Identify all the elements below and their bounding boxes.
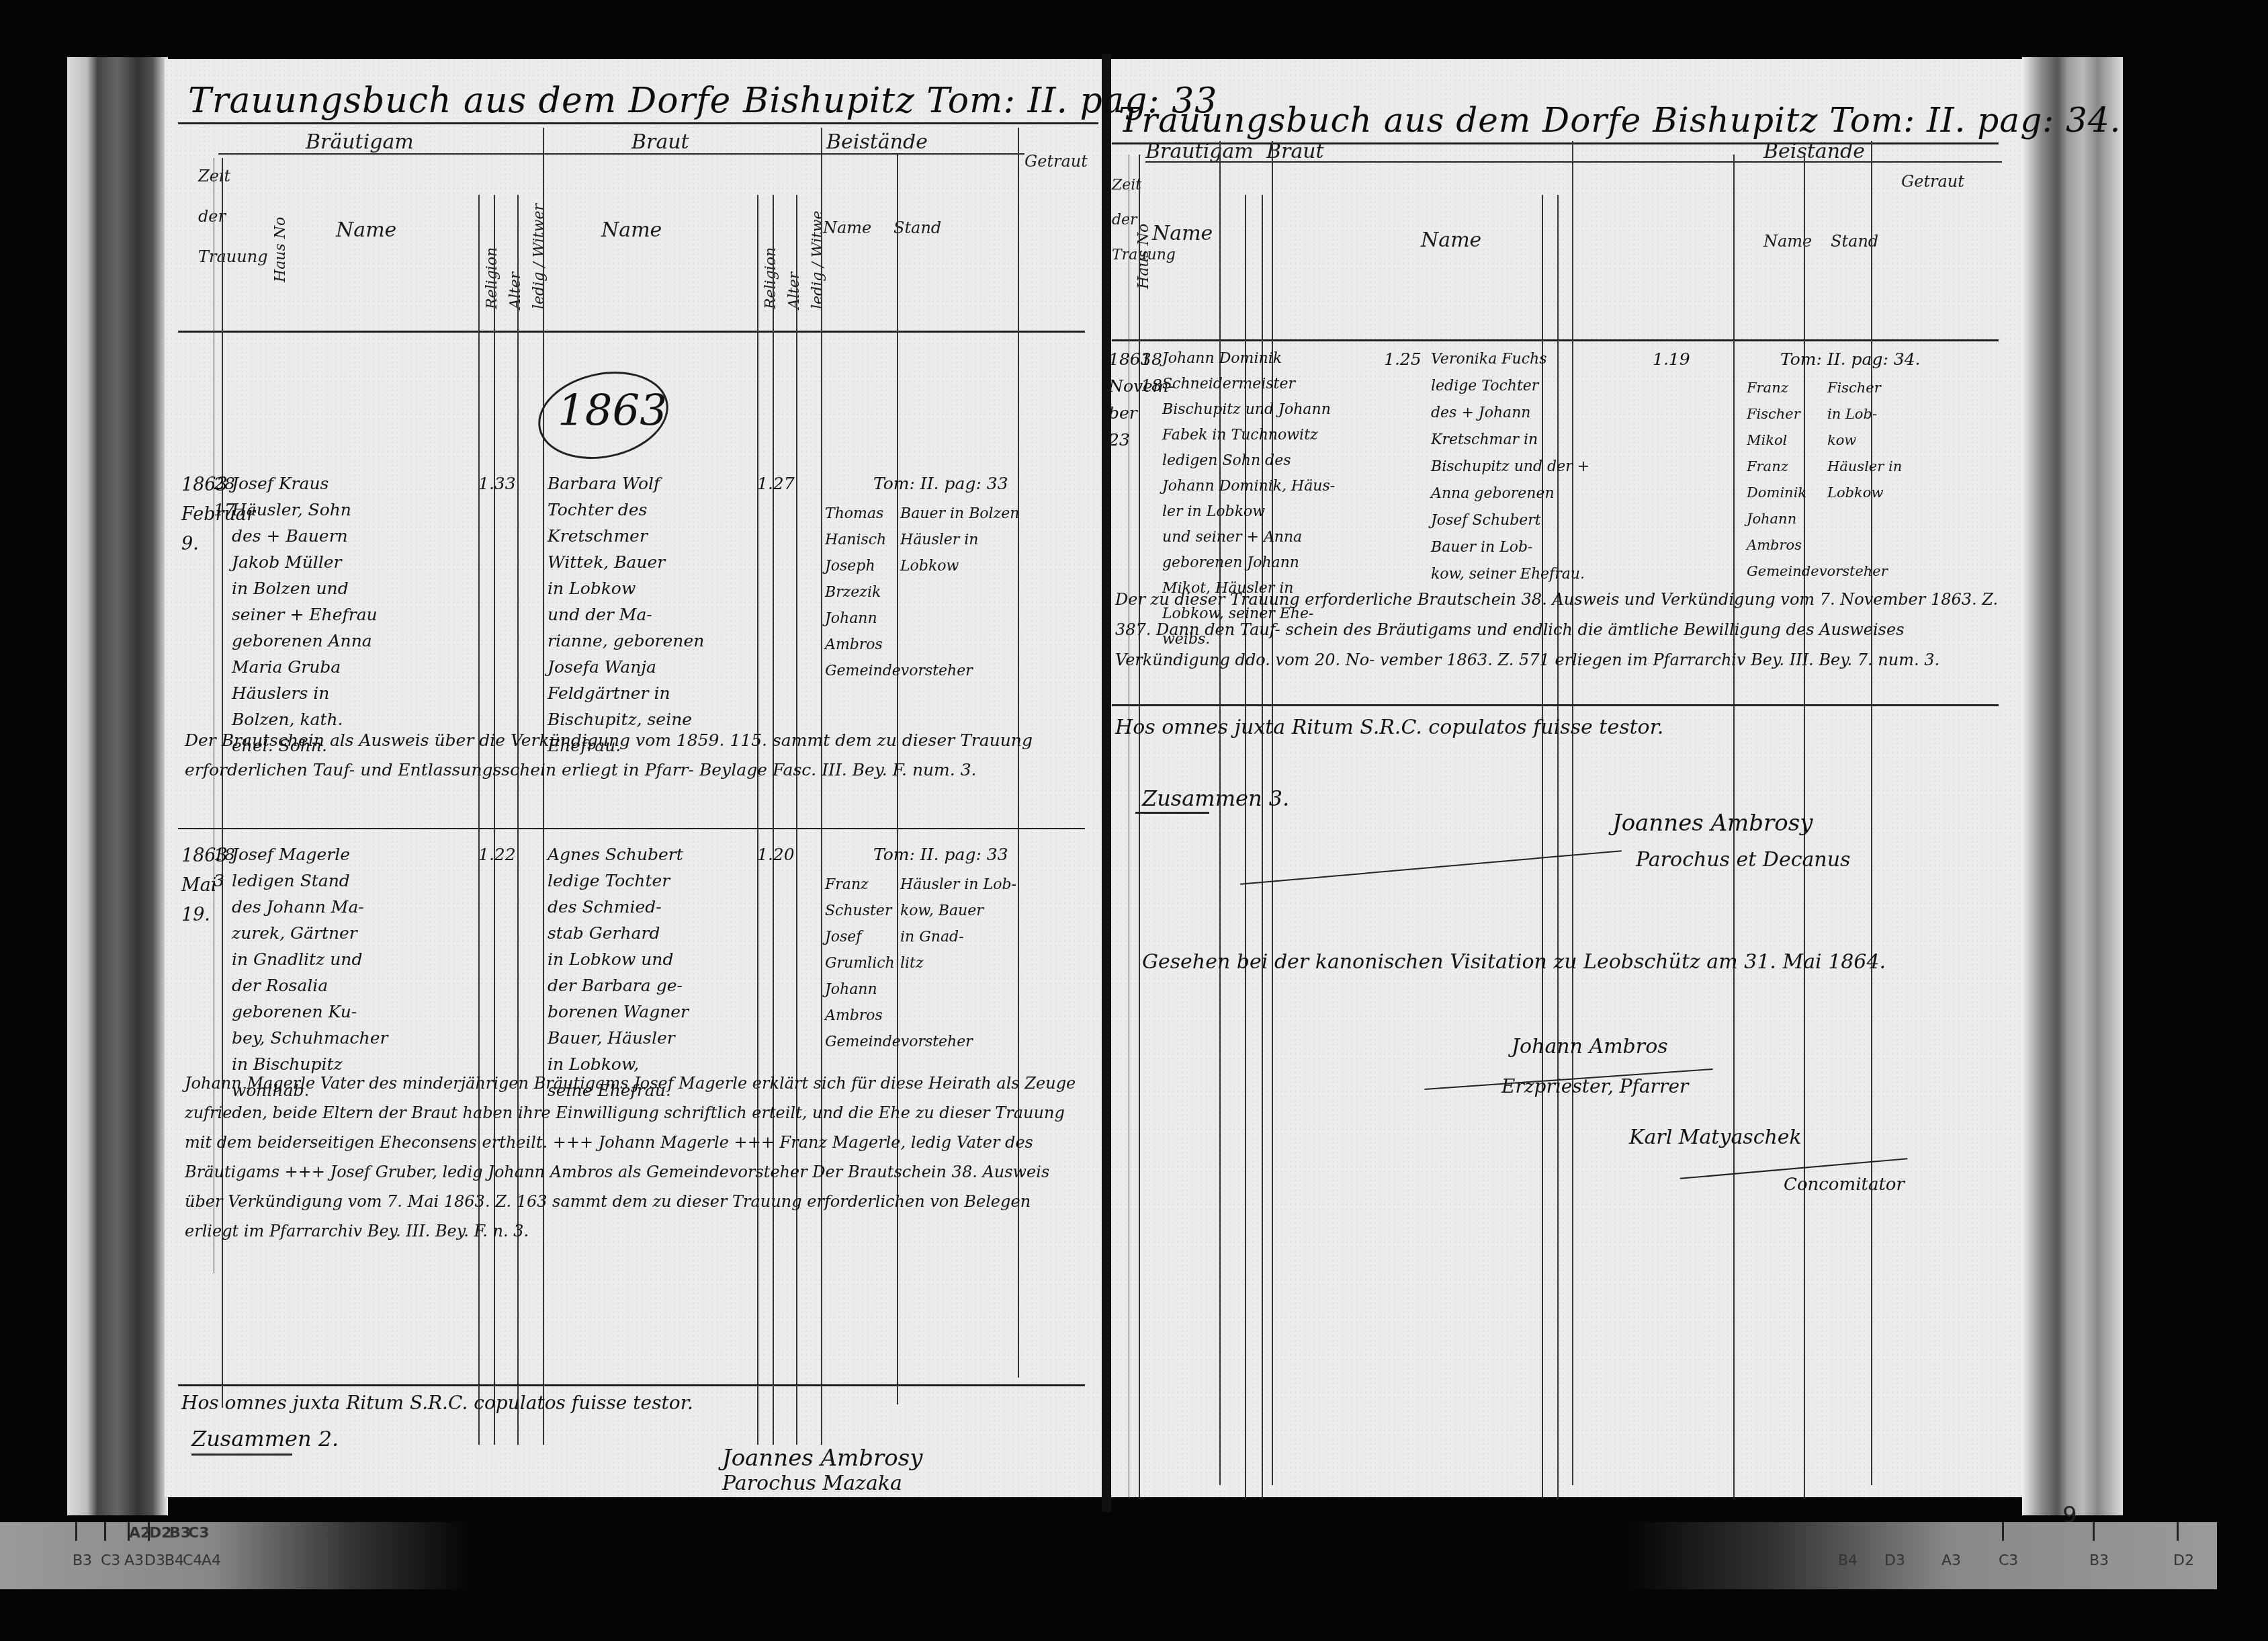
header-bottom-rule xyxy=(178,331,1085,333)
entry-witness-status: Häusler in Lob- kow, Bauer in Gnad- litz xyxy=(900,872,1021,976)
entry-tom-ref: Tom: II. pag: 34. xyxy=(1780,346,1955,372)
entry-bride-age: 1.20 xyxy=(757,841,818,868)
entry-witness-status: Bauer in Bolzen Häusler in Lobkow xyxy=(900,501,1021,579)
entry-witnesses: Thomas Hanisch Joseph Brzezik Johann Amb… xyxy=(825,501,899,684)
ruler-label: D3 xyxy=(1884,1552,1905,1569)
closing-rule xyxy=(1112,704,1999,706)
header-priest: Getraut xyxy=(1024,144,1065,178)
year-heading: 1863 xyxy=(558,386,667,436)
entry-house-no: 18 3 xyxy=(214,841,234,894)
header-subrule xyxy=(1145,161,2002,163)
header-house-no: Haus No xyxy=(1135,175,1152,289)
entry-groom-age: 1.22 xyxy=(478,841,539,868)
summary-count: Zusammen 2. xyxy=(191,1423,339,1454)
book-gutter xyxy=(1102,54,1111,1512)
signature-title: Parochus Mazaka xyxy=(722,1472,902,1495)
column-line xyxy=(543,128,544,1445)
entry-witnesses: Franz Schuster Josef Grumlich Johann Amb… xyxy=(825,872,899,1055)
header-date: Zeit der Trauung xyxy=(198,156,259,277)
ruler-tick xyxy=(2093,1522,2095,1541)
entry-separator xyxy=(178,828,1085,829)
ruler-label: B4 xyxy=(1838,1552,1858,1569)
ruler-label: D2 xyxy=(2173,1552,2194,1569)
entry-bride-age: 1.19 xyxy=(1653,346,1693,372)
entry-groom-age: 1.25 xyxy=(1384,346,1424,372)
ruler-label: A4 xyxy=(202,1552,221,1569)
visitation-signature: Karl Matyaschek xyxy=(1629,1126,1802,1149)
entry-bride: Agnes Schubert ledige Tochter des Schmie… xyxy=(548,841,756,1103)
entry-groom: Josef Magerle ledigen Stand des Johann M… xyxy=(232,841,474,1103)
header-subrule xyxy=(218,153,1024,155)
column-line xyxy=(821,128,822,1445)
ruler-label: C4 xyxy=(183,1552,202,1569)
ruler-label: C3 xyxy=(101,1552,120,1569)
entry-tom-ref: Tom: II. pag: 33 xyxy=(873,841,1061,868)
left-page-title: Trauungsbuch aus dem Dorfe Bishupitz Tom… xyxy=(188,81,1217,121)
ruler-label: A2 xyxy=(129,1525,150,1542)
ruler-tick xyxy=(2002,1522,2004,1541)
entry-witnesses: Franz Fischer Mikol Franz Dominik Johann… xyxy=(1747,375,1821,585)
ruler-label: B3 xyxy=(73,1552,92,1569)
signature-title: Parochus et Decanus xyxy=(1636,848,1850,872)
visitation-note: Gesehen bei der kanonischen Visitation z… xyxy=(1142,944,2002,980)
header-bride-name: Name xyxy=(1421,228,1481,252)
ruler-label: B3 xyxy=(2089,1552,2109,1569)
column-line xyxy=(478,195,480,1445)
book-page-stack-left xyxy=(67,57,168,1515)
column-line xyxy=(494,195,495,1445)
ruler-label: C3 xyxy=(1999,1552,2018,1569)
summary-underline xyxy=(1135,812,1209,814)
column-line xyxy=(773,195,774,1445)
summary-count: Zusammen 3. xyxy=(1142,783,1289,814)
header-bride: Braut xyxy=(631,130,689,154)
title-rule xyxy=(178,122,1098,124)
header-bride-name: Name xyxy=(601,218,662,242)
right-page-title: Trauungsbuch aus dem Dorfe Bishupitz Tom… xyxy=(1119,101,2121,140)
ruler-label: A3 xyxy=(124,1552,144,1569)
entry-groom-age: 1.33 xyxy=(478,470,539,497)
header-groom: Bräutigam xyxy=(306,130,414,154)
header-groom-name: Name xyxy=(1152,222,1213,245)
column-line xyxy=(1572,141,1573,1485)
header-bride: Braut xyxy=(1266,140,1324,163)
entry-note: Der Brautschein als Ausweis über die Ver… xyxy=(185,726,1085,785)
ruler-tick xyxy=(104,1522,106,1541)
header-witness-name: Name xyxy=(823,218,871,237)
entry-tom-ref: Tom: II. pag: 33 xyxy=(873,470,1061,497)
column-line xyxy=(517,195,519,1445)
closing-formula: Hos omnes juxta Ritum S.R.C. copulatos f… xyxy=(181,1388,693,1419)
ruler-label: C3 xyxy=(188,1525,209,1542)
closing-rule xyxy=(178,1384,1085,1386)
ruler-label: B4 xyxy=(165,1552,184,1569)
right-page xyxy=(1110,59,2023,1497)
ruler-tick xyxy=(75,1522,77,1541)
signature-name: Joannes Ambrosy xyxy=(1612,810,1813,837)
header-witnesses: Beistände xyxy=(826,130,928,154)
header-house-no: Haus No xyxy=(272,168,289,282)
book-page-stack-right xyxy=(2022,57,2123,1515)
column-line xyxy=(757,195,758,1445)
header-groom-age: Alter xyxy=(507,155,524,309)
entry-house-no: 28 17 xyxy=(214,470,234,523)
column-line xyxy=(796,195,797,1445)
visitation-signature-title: Erzpriester, Pfarrer xyxy=(1501,1075,1688,1097)
entry-bride: Veronika Fuchs ledige Tochter des + Joha… xyxy=(1431,346,1632,588)
closing-formula: Hos omnes juxta Ritum S.R.C. copulatos f… xyxy=(1115,712,1663,743)
scale-ruler-left: A2 D2 B3 C3 B3 C3 A3 D3 B4 C4 A4 xyxy=(0,1522,470,1589)
entry-note: Johann Magerle Vater des minderjährigen … xyxy=(185,1068,1085,1246)
entry-bride-age: 1.27 xyxy=(757,470,818,497)
visitation-signature-title: Concomitator xyxy=(1784,1175,1905,1195)
ruler-label: D3 xyxy=(144,1552,165,1569)
signature-name: Joannes Ambrosy xyxy=(722,1445,922,1472)
entry-note: Der zu dieser Trauung erforderliche Brau… xyxy=(1115,585,2002,675)
ruler-label: D2 xyxy=(149,1525,172,1542)
header-priest: Getraut xyxy=(1901,165,1942,198)
entry-bride: Barbara Wolf Tochter des Kretschmer Witt… xyxy=(548,470,756,759)
header-bride-status: ledig / Witwe xyxy=(810,155,826,309)
header-bride-age: Alter xyxy=(786,155,803,309)
header-witness-status: Stand xyxy=(893,218,941,237)
header-bride-religion: Religion xyxy=(762,155,779,309)
entry-witness-status: Fischer in Lob- kow Häusler in Lobkow xyxy=(1827,375,1928,506)
ruler-label: A3 xyxy=(1942,1552,1961,1569)
header-groom-status: ledig / Witwer xyxy=(531,155,548,309)
ruler-tick xyxy=(2177,1522,2179,1541)
header-groom: Bräutigam xyxy=(1145,140,1254,163)
visitation-signature: Johann Ambros xyxy=(1512,1035,1668,1058)
summary-underline xyxy=(191,1454,292,1456)
header-groom-religion: Religion xyxy=(484,155,500,309)
header-witnesses: Beistände xyxy=(1763,140,1865,163)
entry-groom: Josef Kraus Häusler, Sohn des + Bauern J… xyxy=(232,470,474,759)
column-line xyxy=(1871,141,1872,1485)
scale-ruler-right: B4 D3 A3 C3 B3 D2 xyxy=(1626,1522,2217,1589)
header-groom-name: Name xyxy=(336,218,396,242)
